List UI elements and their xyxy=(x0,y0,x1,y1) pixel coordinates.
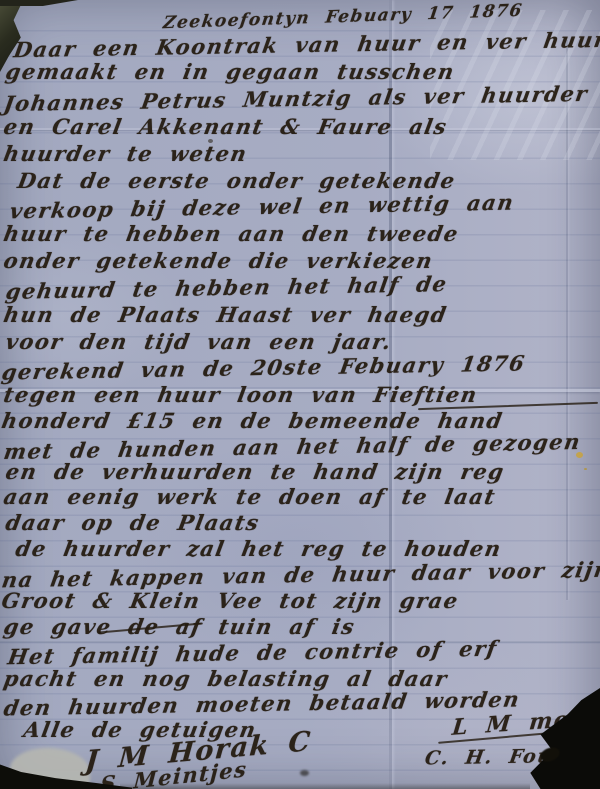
handwriting-line: daar op de Plaats xyxy=(4,512,261,533)
handwriting-line: honderd £15 en de bemeende hand xyxy=(0,410,505,431)
handwriting-line: Daar een Koontrak van huur en ver huur xyxy=(12,29,600,60)
handwriting-line: Zeekoefontyn Febuary 17 1876 xyxy=(162,3,524,33)
handwriting-line: gemaakt en in gegaan tusschen xyxy=(4,61,457,82)
handwriting-line: en Carel Akkenant & Faure als xyxy=(2,116,449,137)
handwriting-line: aan eenig werk te doen af te laat xyxy=(2,486,498,507)
handwriting-line: ge gave de af tuin af is xyxy=(2,616,357,637)
handwriting-line: Groot & Klein Vee tot zijn grae xyxy=(0,590,461,611)
handwriting-line: tegen een huur loon van Fieftien xyxy=(2,384,479,405)
handwriting-line: gerekend van de 20ste Febuary 1876 xyxy=(0,352,527,382)
handwriting-line: huurder te weten xyxy=(2,143,249,164)
handwriting-line: huur te hebben aan den tweede xyxy=(2,223,461,244)
handwriting-line: en de verhuurden te hand zijn reg xyxy=(4,461,506,482)
letter-scan: Zeekoefontyn Febuary 17 1876Daar een Koo… xyxy=(0,0,600,789)
handwriting-line: Johannes Petrus Muntzig als ver huurder xyxy=(2,83,589,114)
handwriting-line: hun de Plaats Haast ver haegd xyxy=(2,304,449,325)
handwriting-line: den huurden moeten betaald worden xyxy=(2,688,522,718)
handwriting-line: met de hunden aan het half de gezogen xyxy=(2,431,582,462)
handwriting-line: na het kappen van de huur daar voor zijn xyxy=(0,559,600,591)
handwriting-line: Het familij hude de contrie of erf xyxy=(6,638,499,668)
handwriting-line: Dat de eerste onder getekende xyxy=(16,170,457,191)
handwriting-line: de huurder zal het reg te houden xyxy=(14,538,503,559)
handwriting-line: verkoop bij deze wel en wettig aan xyxy=(8,192,516,222)
handwriting-line: C. H. Fourie. xyxy=(424,746,597,768)
handwriting-line: voor den tijd van een jaar. xyxy=(4,331,394,352)
handwriting-line: pacht en nog belasting al daar xyxy=(2,668,450,689)
handwriting-line: gehuurd te hebben het half de xyxy=(4,273,449,302)
handwriting-layer: Zeekoefontyn Febuary 17 1876Daar een Koo… xyxy=(0,0,600,789)
handwriting-line: onder getekende die verkiezen xyxy=(2,250,435,271)
